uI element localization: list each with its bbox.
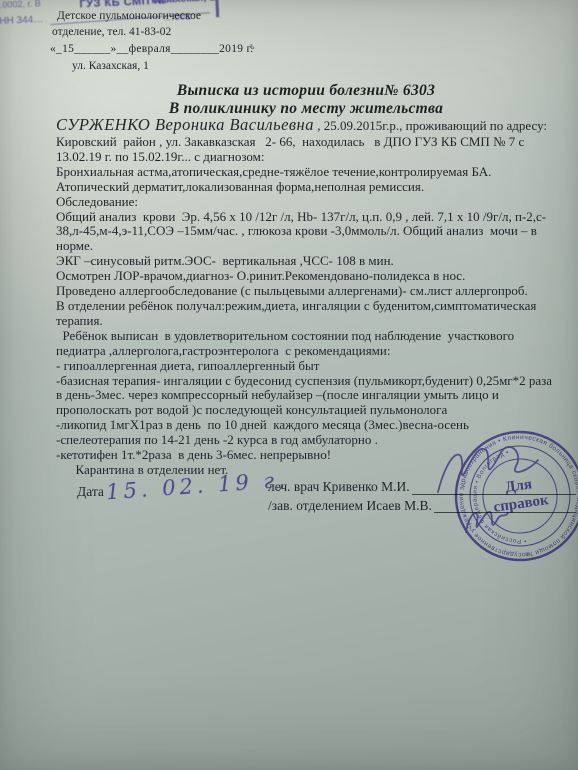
body-line: В отделении ребёнок получал:режим,диета,… bbox=[56, 299, 570, 314]
body-line: Общий анализ крови Эр. 4,56 х 10 /12г /л… bbox=[56, 210, 570, 225]
corner-stamp-border-bar bbox=[215, 0, 219, 17]
clinic-address-line: ул. Казахская, 1 bbox=[72, 60, 149, 72]
body-line: ЭКГ –синусовый ритм.ЭОС- вертикальная ,Ч… bbox=[56, 254, 570, 269]
body-line: 38,л-45,м-4,э-11,СОЭ –15мм/час. , глюкоз… bbox=[56, 224, 570, 239]
date-label: Дата bbox=[77, 484, 104, 500]
body-line: Кировский район , ул. Закавказская 2- 66… bbox=[56, 135, 570, 150]
stray-ink-mark: ъ bbox=[250, 41, 255, 51]
stamp-center-text-line1: Для bbox=[504, 476, 533, 496]
body-line: Ребёнок выписан в удовлетворительном сос… bbox=[56, 329, 570, 344]
department-head-name: /зав. отделением Исаев М.В. bbox=[268, 497, 432, 516]
attending-doctor-name: леч. врач Кривенко М.И. bbox=[268, 478, 410, 497]
body-line: в день-3мес. через компрессорный небулай… bbox=[56, 388, 570, 403]
stamp-outer-circle bbox=[448, 424, 578, 569]
body-line: Осмотрен ЛОР-врачом,диагноз- О.ринит.Рек… bbox=[56, 269, 570, 284]
body-line: Атопический дерматит,локализованная форм… bbox=[56, 180, 570, 195]
corner-stamp-fragment: ИНН 344… bbox=[0, 14, 43, 27]
body-line: 13.02.19 г. по 15.02.19г... с диагнозом: bbox=[56, 150, 570, 165]
body-line: педиатра ,аллерголога,гастроэнтеролога с… bbox=[56, 344, 570, 359]
body-line: Бронхиальная астма,атопическая,средне-тя… bbox=[56, 165, 570, 180]
round-official-stamp: государственное учреждение здравоохранен… bbox=[432, 408, 578, 584]
patient-name: СУРЖЕНКО Вероника Васильевна bbox=[56, 115, 314, 134]
corner-ink-stamp: …0002, г. В ГУЗ КБ СМП № Казахская, 1 ИН… bbox=[0, 0, 233, 40]
patient-name-line: СУРЖЕНКО Вероника Васильевна , 25.09.201… bbox=[56, 115, 570, 135]
patient-name-rest: , 25.09.2015г.р., проживающий по адресу: bbox=[314, 118, 547, 133]
document-title: Выписка из истории болезни№ 6303 bbox=[34, 82, 578, 100]
body-line: - гипоаллергенная диета, гипоаллергенный… bbox=[56, 359, 570, 374]
body-line: норме. bbox=[56, 239, 570, 254]
body-line: терапия. bbox=[56, 314, 570, 329]
header-date-blank-line: «_15______»__февраля________2019 г. bbox=[50, 43, 253, 55]
body-line: -базисная терапия- ингаляции с будесонид… bbox=[56, 374, 570, 389]
corner-stamp-fragment: …0002, г. В bbox=[0, 0, 41, 10]
scanned-medical-document: Детское пульмонологическое отделение, те… bbox=[0, 0, 578, 770]
stamp-center-text-line2: справок bbox=[493, 492, 550, 516]
document-title-block: Выписка из истории болезни№ 6303 В полик… bbox=[0, 82, 578, 117]
body-line: Обследование: bbox=[56, 195, 570, 210]
corner-stamp-fragment: Казахская, 1 bbox=[151, 0, 215, 6]
body-line: Проведено аллергообследование (с пыльцев… bbox=[56, 284, 570, 299]
